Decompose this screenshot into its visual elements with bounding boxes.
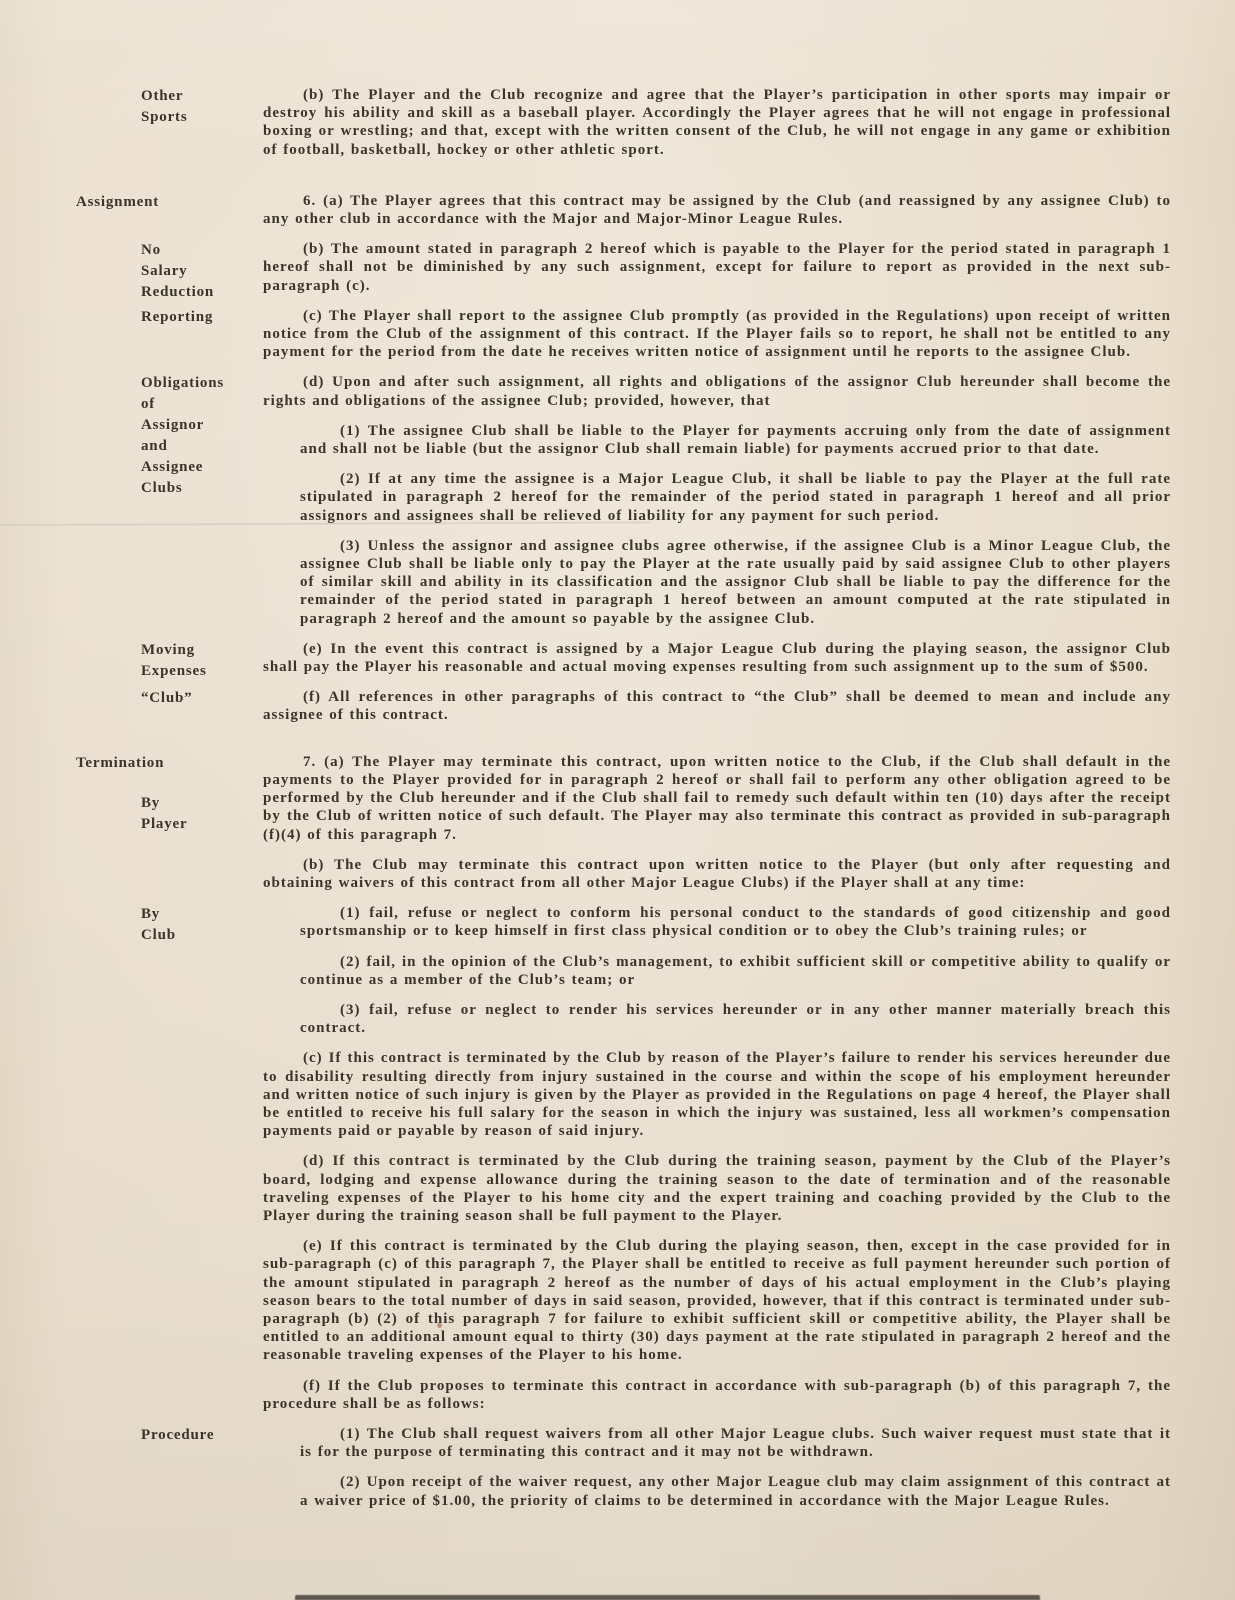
section-assignment: Assignment 6. (a) The Player agrees that… xyxy=(0,192,1235,240)
para-7b-termination-by-club: (b) The Club may terminate this contract… xyxy=(263,856,1171,892)
section-7f: (f) If the Club proposes to terminate th… xyxy=(0,1377,1235,1425)
margin-label-other-sports: Other Sports xyxy=(0,86,263,128)
para-7f-procedure-intro: (f) If the Club proposes to terminate th… xyxy=(263,1377,1171,1413)
section-by-club: By Club (1) fail, refuse or neglect to c… xyxy=(0,904,1235,952)
margin-label-club: “Club” xyxy=(0,688,263,709)
section-moving-expenses: Moving Expenses (e) In the event this co… xyxy=(0,640,1235,688)
section-club-definition: “Club” (f) All references in other parag… xyxy=(0,688,1235,736)
margin-label-assignment: Assignment xyxy=(0,192,263,213)
para-7c-disability: (c) If this contract is terminated by th… xyxy=(263,1049,1171,1140)
para-7e-playing-season: (e) If this contract is terminated by th… xyxy=(263,1237,1171,1364)
section-7d: (d) If this contract is terminated by th… xyxy=(0,1152,1235,1237)
para-6d-sub3: (3) Unless the assignor and assignee clu… xyxy=(300,537,1171,628)
section-reporting: Reporting (c) The Player shall report to… xyxy=(0,307,1235,374)
para-6f-club: (f) All references in other paragraphs o… xyxy=(263,688,1171,724)
para-7f-sub1: (1) The Club shall request waivers from … xyxy=(300,1425,1171,1461)
page-bottom-edge xyxy=(295,1595,1040,1600)
margin-label-procedure: Procedure xyxy=(0,1425,263,1446)
contract-page: Other Sports (b) The Player and the Club… xyxy=(0,0,1235,1600)
margin-label-reporting: Reporting xyxy=(0,307,263,328)
section-7f-sub2: (2) Upon receipt of the waiver request, … xyxy=(0,1473,1235,1521)
para-6a-assignment: 6. (a) The Player agrees that this contr… xyxy=(263,192,1171,228)
margin-label-by-player: By Player xyxy=(0,793,263,835)
para-6c-reporting: (c) The Player shall report to the assig… xyxy=(263,307,1171,362)
margin-label-moving-expenses: Moving Expenses xyxy=(0,640,263,682)
para-7b-sub1: (1) fail, refuse or neglect to conform h… xyxy=(300,904,1171,940)
para-7d-training-season: (d) If this contract is terminated by th… xyxy=(263,1152,1171,1225)
para-6e-moving-expenses: (e) In the event this contract is assign… xyxy=(263,640,1171,676)
para-7b-sub3: (3) fail, refuse or neglect to render hi… xyxy=(300,1001,1171,1037)
section-procedure: Procedure (1) The Club shall request wai… xyxy=(0,1425,1235,1473)
section-termination-by-club-intro: (b) The Club may terminate this contract… xyxy=(0,856,1235,904)
para-7f-sub2: (2) Upon receipt of the waiver request, … xyxy=(300,1473,1171,1509)
margin-label-by-club: By Club xyxy=(0,904,263,946)
section-termination: Termination By Player 7. (a) The Player … xyxy=(0,753,1235,856)
margin-label-obligations: Obligations of Assignor and Assignee Clu… xyxy=(0,373,263,499)
section-no-salary-reduction: No Salary Reduction (b) The amount state… xyxy=(0,240,1235,307)
para-6d-obligations: (d) Upon and after such assignment, all … xyxy=(263,373,1171,409)
section-7c: (c) If this contract is terminated by th… xyxy=(0,1049,1235,1152)
section-7e: (e) If this contract is terminated by th… xyxy=(0,1237,1235,1376)
para-6d-sub2: (2) If at any time the assignee is a Maj… xyxy=(300,470,1171,525)
para-6d-sub1: (1) The assignee Club shall be liable to… xyxy=(300,422,1171,458)
contract-body: Other Sports (b) The Player and the Club… xyxy=(0,86,1235,1522)
section-7b-sub3: (3) fail, refuse or neglect to render hi… xyxy=(0,1001,1235,1049)
section-other-sports: Other Sports (b) The Player and the Club… xyxy=(0,86,1235,171)
margin-label-no-salary-reduction: No Salary Reduction xyxy=(0,240,263,303)
para-other-sports-b: (b) The Player and the Club recognize an… xyxy=(263,86,1171,159)
section-7b-sub2: (2) fail, in the opinion of the Club’s m… xyxy=(0,953,1235,1001)
para-7a-termination-by-player: 7. (a) The Player may terminate this con… xyxy=(263,753,1171,844)
section-obligations: Obligations of Assignor and Assignee Clu… xyxy=(0,373,1235,639)
margin-label-termination: Termination xyxy=(0,753,263,774)
para-7b-sub2: (2) fail, in the opinion of the Club’s m… xyxy=(300,953,1171,989)
para-6b-no-salary-reduction: (b) The amount stated in paragraph 2 her… xyxy=(263,240,1171,295)
